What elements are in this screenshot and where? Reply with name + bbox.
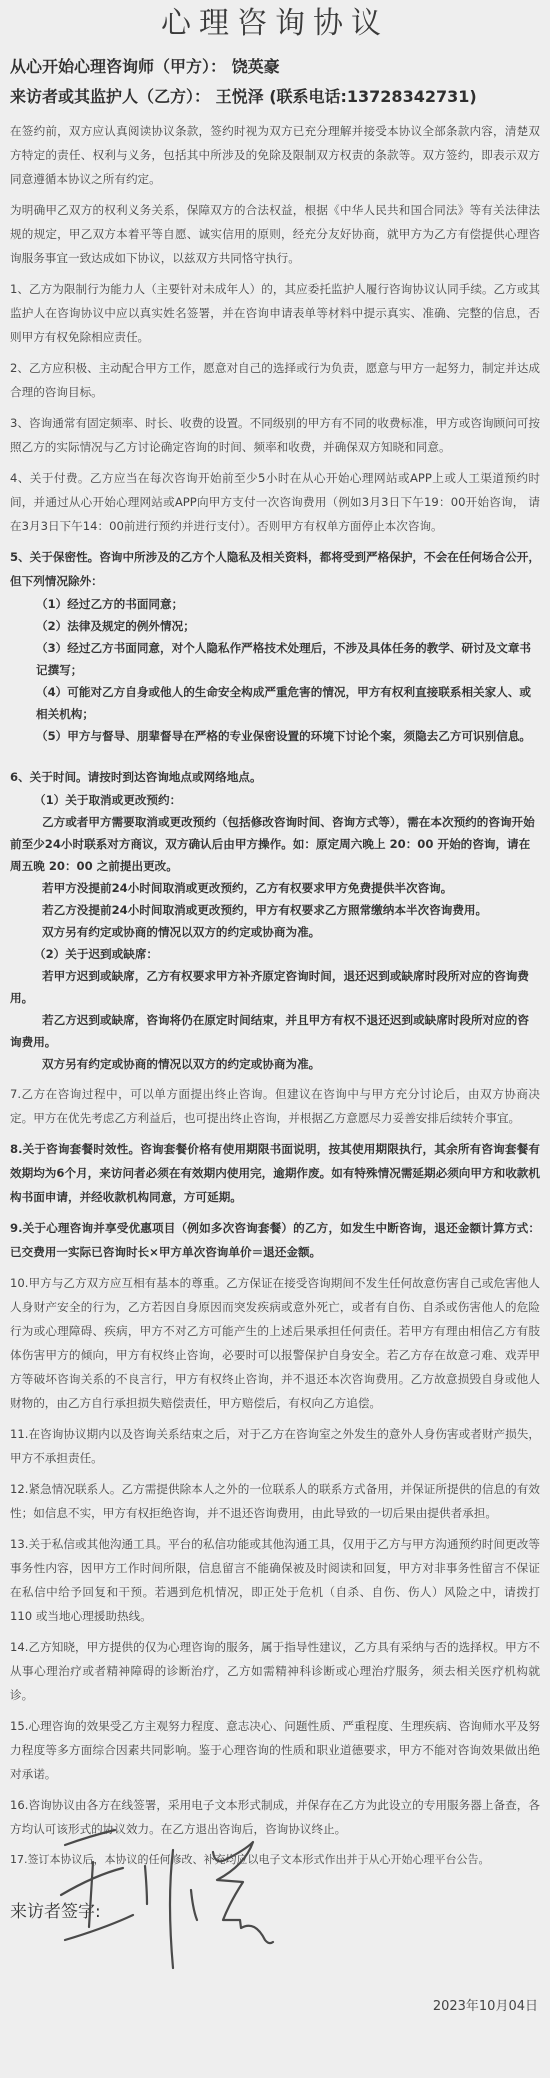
clause-13: 13.关于私信或其他沟通工具。平台的私信功能或其他沟通工具，仅用于乙方与甲方沟通…	[10, 1532, 540, 1628]
party-b-phone: (联系电话:13728342731)	[269, 87, 477, 106]
document-title: 心理咨询协议	[10, 0, 540, 46]
clause-5-item: （4）可能对乙方自身或他人的生命安全构成严重危害的情况，甲方有权利直接联系相关家…	[10, 681, 540, 725]
clause-4: 4、关于付费。乙方应当在每次咨询开始前至少5小时在从心开始心理网站或APP上或人…	[10, 466, 540, 538]
clause-2: 2、乙方应积极、主动配合甲方工作，愿意对自己的选择或行为负责，愿意与甲方一起努力…	[10, 356, 540, 404]
party-b-label: 来访者或其监护人（乙方）：	[10, 87, 210, 106]
clause-11: 11.在咨询协议期内以及咨询关系结束之后，对于乙方在咨询室之外发生的意外人身伤害…	[10, 1422, 540, 1470]
clause-6-sub1-line: 乙方或者甲方需要取消或更改预约（包括修改咨询时间、咨询方式等），需在本次预约的咨…	[10, 811, 540, 877]
clause-6: 6、关于时间。请按时到达咨询地点或网络地点。	[10, 765, 540, 789]
clause-8: 8.关于咨询套餐时效性。咨询套餐价格有使用期限书面说明，按其使用期限执行，其余所…	[10, 1137, 540, 1209]
clause-6-sub1-title: （1）关于取消或更改预约：	[10, 789, 540, 811]
clause-6-sub2-line: 若乙方迟到或缺席，咨询将仍在原定时间结束，并且甲方有权不退还迟到或缺席时段所对应…	[10, 1009, 540, 1053]
intro-paragraph: 为明确甲乙双方的权利义务关系，保障双方的合法权益，根据《中华人民共和国合同法》等…	[10, 198, 540, 270]
clause-3: 3、咨询通常有固定频率、时长、收费的设置。不同级别的甲方有不同的收费标准，甲方或…	[10, 411, 540, 459]
clause-6-sub1-line: 若甲方没提前24小时间取消或更改预约，乙方有权要求甲方免费提供半次咨询。	[10, 877, 540, 899]
party-a-name: 饶英豪	[232, 57, 280, 76]
clause-6-sub1-line: 若乙方没提前24小时间取消或更改预约，甲方有权要求乙方照常缴纳本半次咨询费用。	[10, 899, 540, 921]
clause-5-item: （5）甲方与督导、朋辈督导在严格的专业保密设置的环境下讨论个案，须隐去乙方可识别…	[10, 725, 540, 747]
clause-6-sub2-line: 双方另有约定或协商的情况以双方的约定或协商为准。	[10, 1053, 540, 1075]
party-a-label: 从心开始心理咨询师（甲方）：	[10, 57, 226, 76]
handwritten-signature	[55, 1820, 295, 1970]
party-b-line: 来访者或其监护人（乙方）： 王悦泽 (联系电话:13728342731)	[10, 82, 540, 112]
clause-6-sub2-title: （2）关于迟到或缺席：	[10, 943, 540, 965]
clause-5-item: （2）法律及规定的例外情况；	[10, 615, 540, 637]
clause-5-item: （1）经过乙方的书面同意；	[10, 593, 540, 615]
clause-12: 12.紧急情况联系人。乙方需提供除本人之外的一位联系人的联系方式备用，并保证所提…	[10, 1477, 540, 1525]
clause-15: 15.心理咨询的效果受乙方主观努力程度、意志决心、问题性质、严重程度、生理疾病、…	[10, 1714, 540, 1786]
clause-6-sub2-line: 若甲方迟到或缺席，乙方有权要求甲方补齐原定咨询时间，退还迟到或缺席时段所对应的咨…	[10, 965, 540, 1009]
party-a-line: 从心开始心理咨询师（甲方）： 饶英豪	[10, 52, 540, 82]
clause-1: 1、乙方为限制行为能力人（主要针对未成年人）的，其应委托监护人履行咨询协议认同手…	[10, 277, 540, 349]
clause-9: 9.关于心理咨询并享受优惠项目（例如多次咨询套餐）的乙方，如发生中断咨询，退还金…	[10, 1216, 540, 1264]
clause-6-sub1-line: 双方另有约定或协商的情况以双方的约定或协商为准。	[10, 921, 540, 943]
party-b-name: 王悦泽	[216, 87, 264, 106]
agreement-document: 心理咨询协议 从心开始心理咨询师（甲方）： 饶英豪 来访者或其监护人（乙方）： …	[0, 0, 550, 1926]
signature-date: 2023年10月04日	[433, 1995, 538, 2014]
clause-5: 5、关于保密性。咨询中所涉及的乙方个人隐私及相关资料，都将受到严格保护，不会在任…	[10, 545, 540, 593]
intro-paragraph: 在签约前，双方应认真阅读协议条款，签约时视为双方已充分理解并接受本协议全部条款内…	[10, 119, 540, 191]
clause-5-item: （3）经过乙方书面同意，对个人隐私作严格技术处理后，不涉及具体任务的教学、研讨及…	[10, 637, 540, 681]
clause-7: 7.乙方在咨询过程中，可以单方面提出终止咨询。但建议在咨询中与甲方充分讨论后，由…	[10, 1082, 540, 1130]
clause-10: 10.甲方与乙方双方应互相有基本的尊重。乙方保证在接受咨询期间不发生任何故意伤害…	[10, 1271, 540, 1415]
clause-14: 14.乙方知晓，甲方提供的仅为心理咨询的服务，属于指导性建议，乙方具有采纳与否的…	[10, 1635, 540, 1707]
